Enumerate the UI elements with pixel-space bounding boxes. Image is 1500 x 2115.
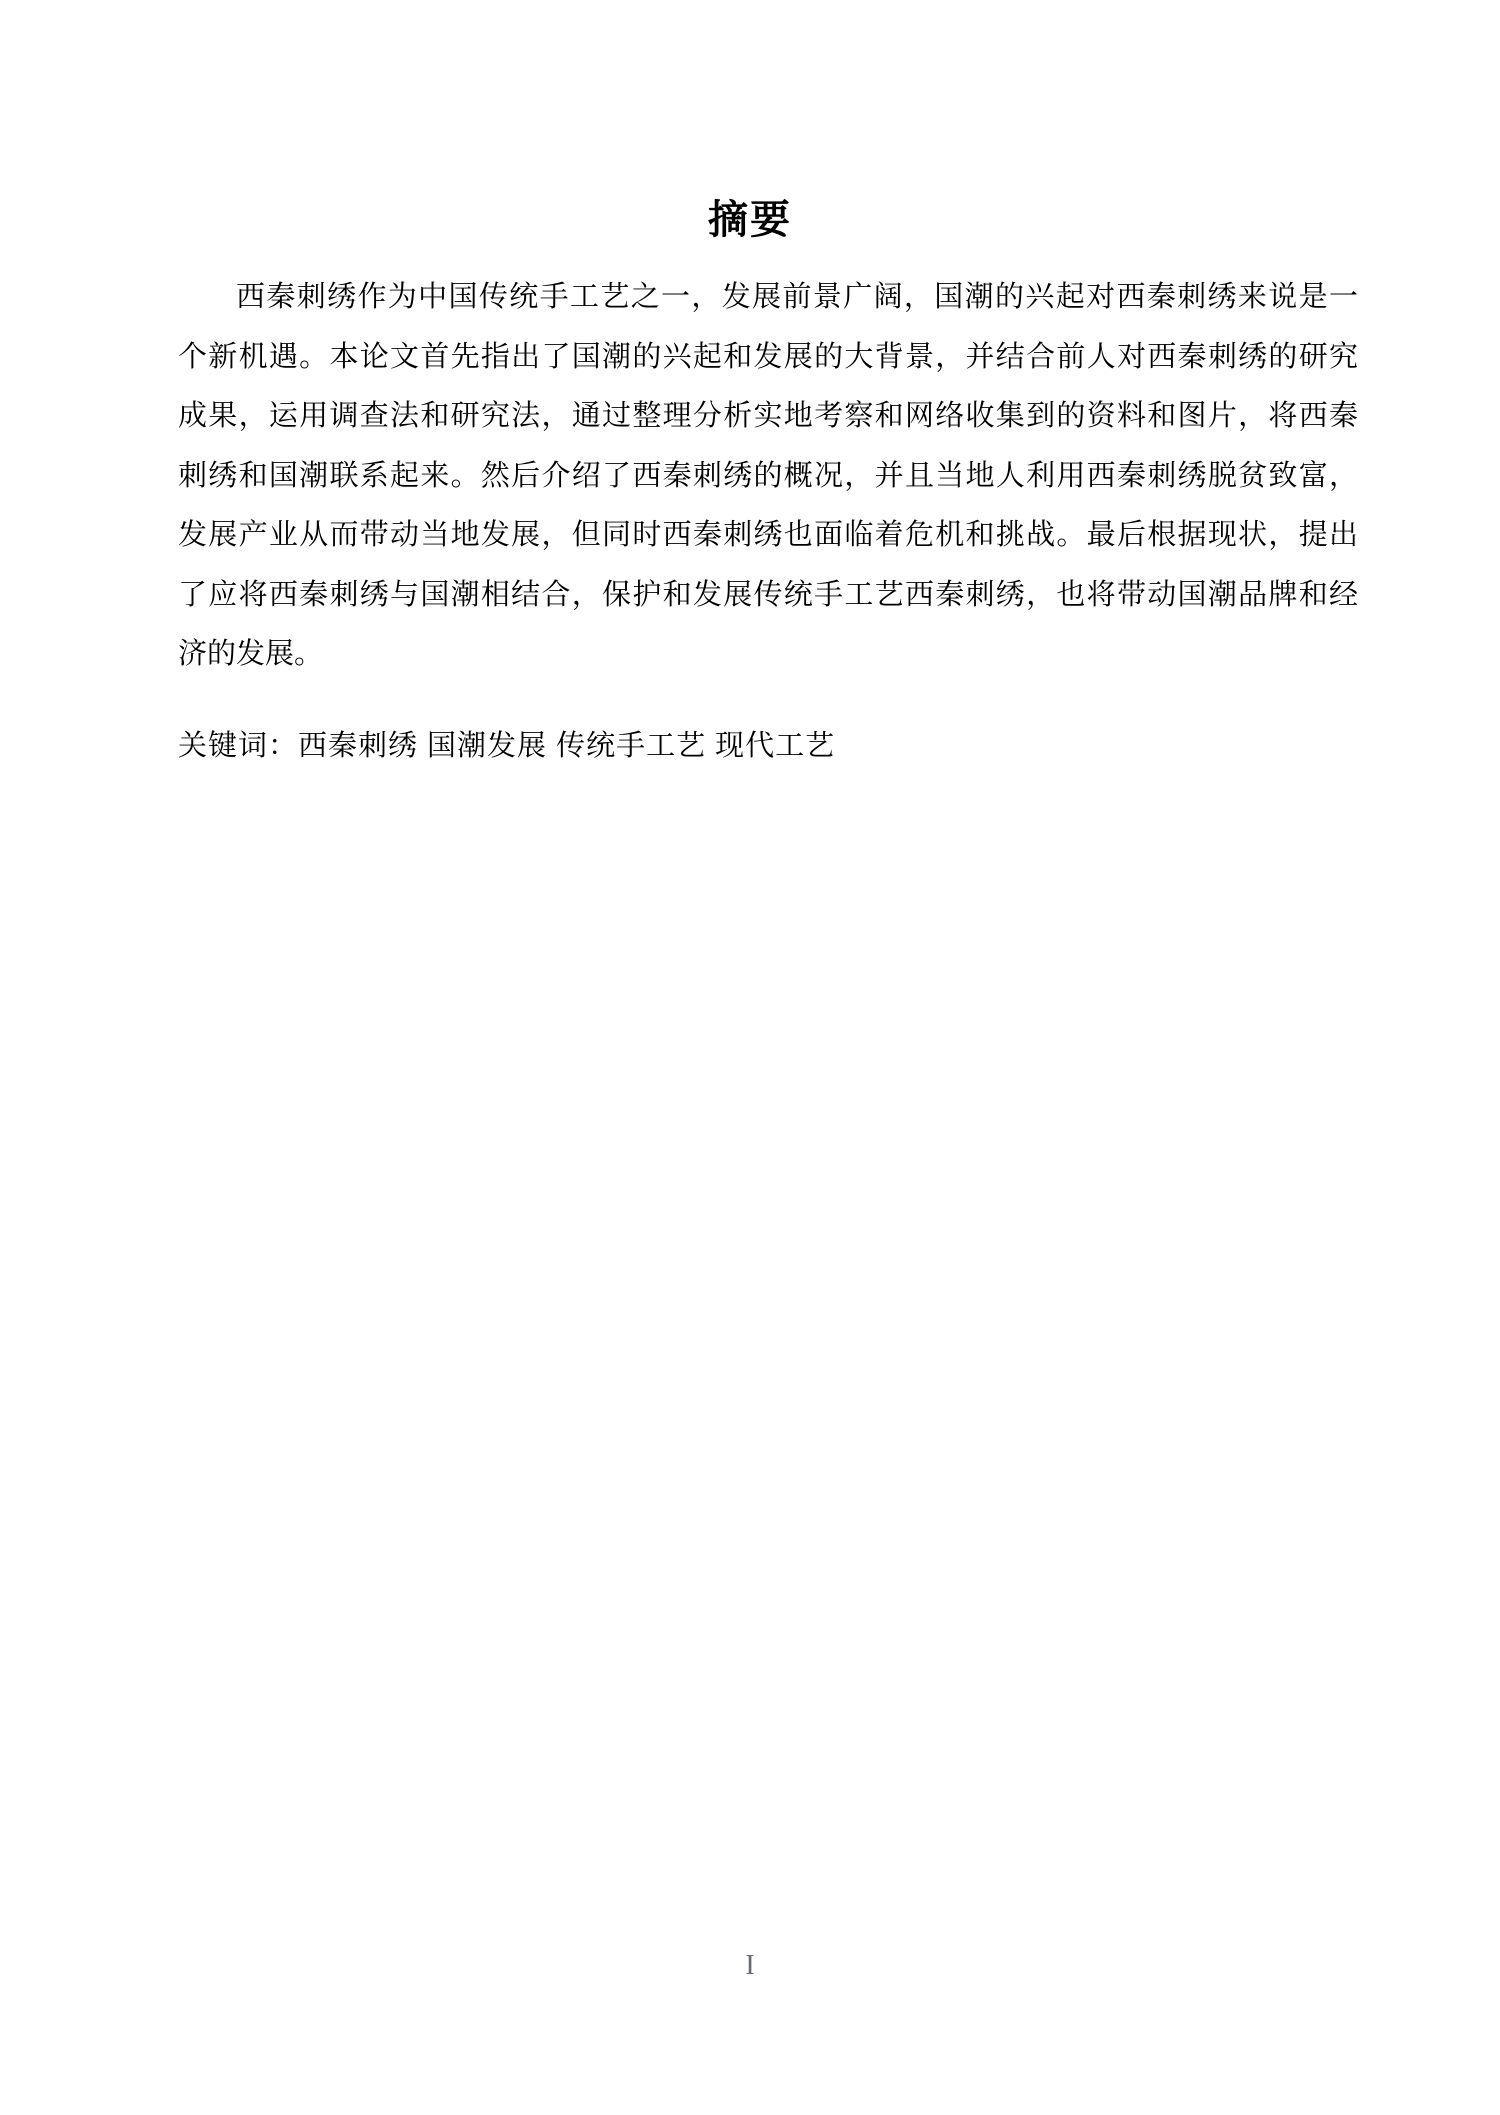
abstract-line-4: 刺绣和国潮联系起来。然后介绍了西秦刺绣的概况，并且当地人利用西秦刺绣脱贫致富， xyxy=(178,447,1358,507)
keywords-line: 关键词：西秦刺绣 国潮发展 传统手工艺 现代工艺 xyxy=(178,722,1358,770)
page-number: I xyxy=(0,1950,1500,1982)
abstract-paragraph: 西秦刺绣作为中国传统手工艺之一，发展前景广阔，国潮的兴起对西秦刺绣来说是一 个新… xyxy=(178,268,1358,685)
abstract-title: 摘要 xyxy=(0,188,1500,245)
abstract-line-7: 济的发展。 xyxy=(178,625,1358,685)
document-page: 摘要 西秦刺绣作为中国传统手工艺之一，发展前景广阔，国潮的兴起对西秦刺绣来说是一… xyxy=(0,0,1500,2115)
abstract-line-2: 个新机遇。本论文首先指出了国潮的兴起和发展的大背景，并结合前人对西秦刺绣的研究 xyxy=(178,328,1358,388)
abstract-line-1: 西秦刺绣作为中国传统手工艺之一，发展前景广阔，国潮的兴起对西秦刺绣来说是一 xyxy=(178,268,1358,328)
abstract-line-3: 成果，运用调查法和研究法，通过整理分析实地考察和网络收集到的资料和图片，将西秦 xyxy=(178,387,1358,447)
abstract-line-6: 了应将西秦刺绣与国潮相结合，保护和发展传统手工艺西秦刺绣，也将带动国潮品牌和经 xyxy=(178,566,1358,626)
abstract-line-5: 发展产业从而带动当地发展，但同时西秦刺绣也面临着危机和挑战。最后根据现状，提出 xyxy=(178,506,1358,566)
